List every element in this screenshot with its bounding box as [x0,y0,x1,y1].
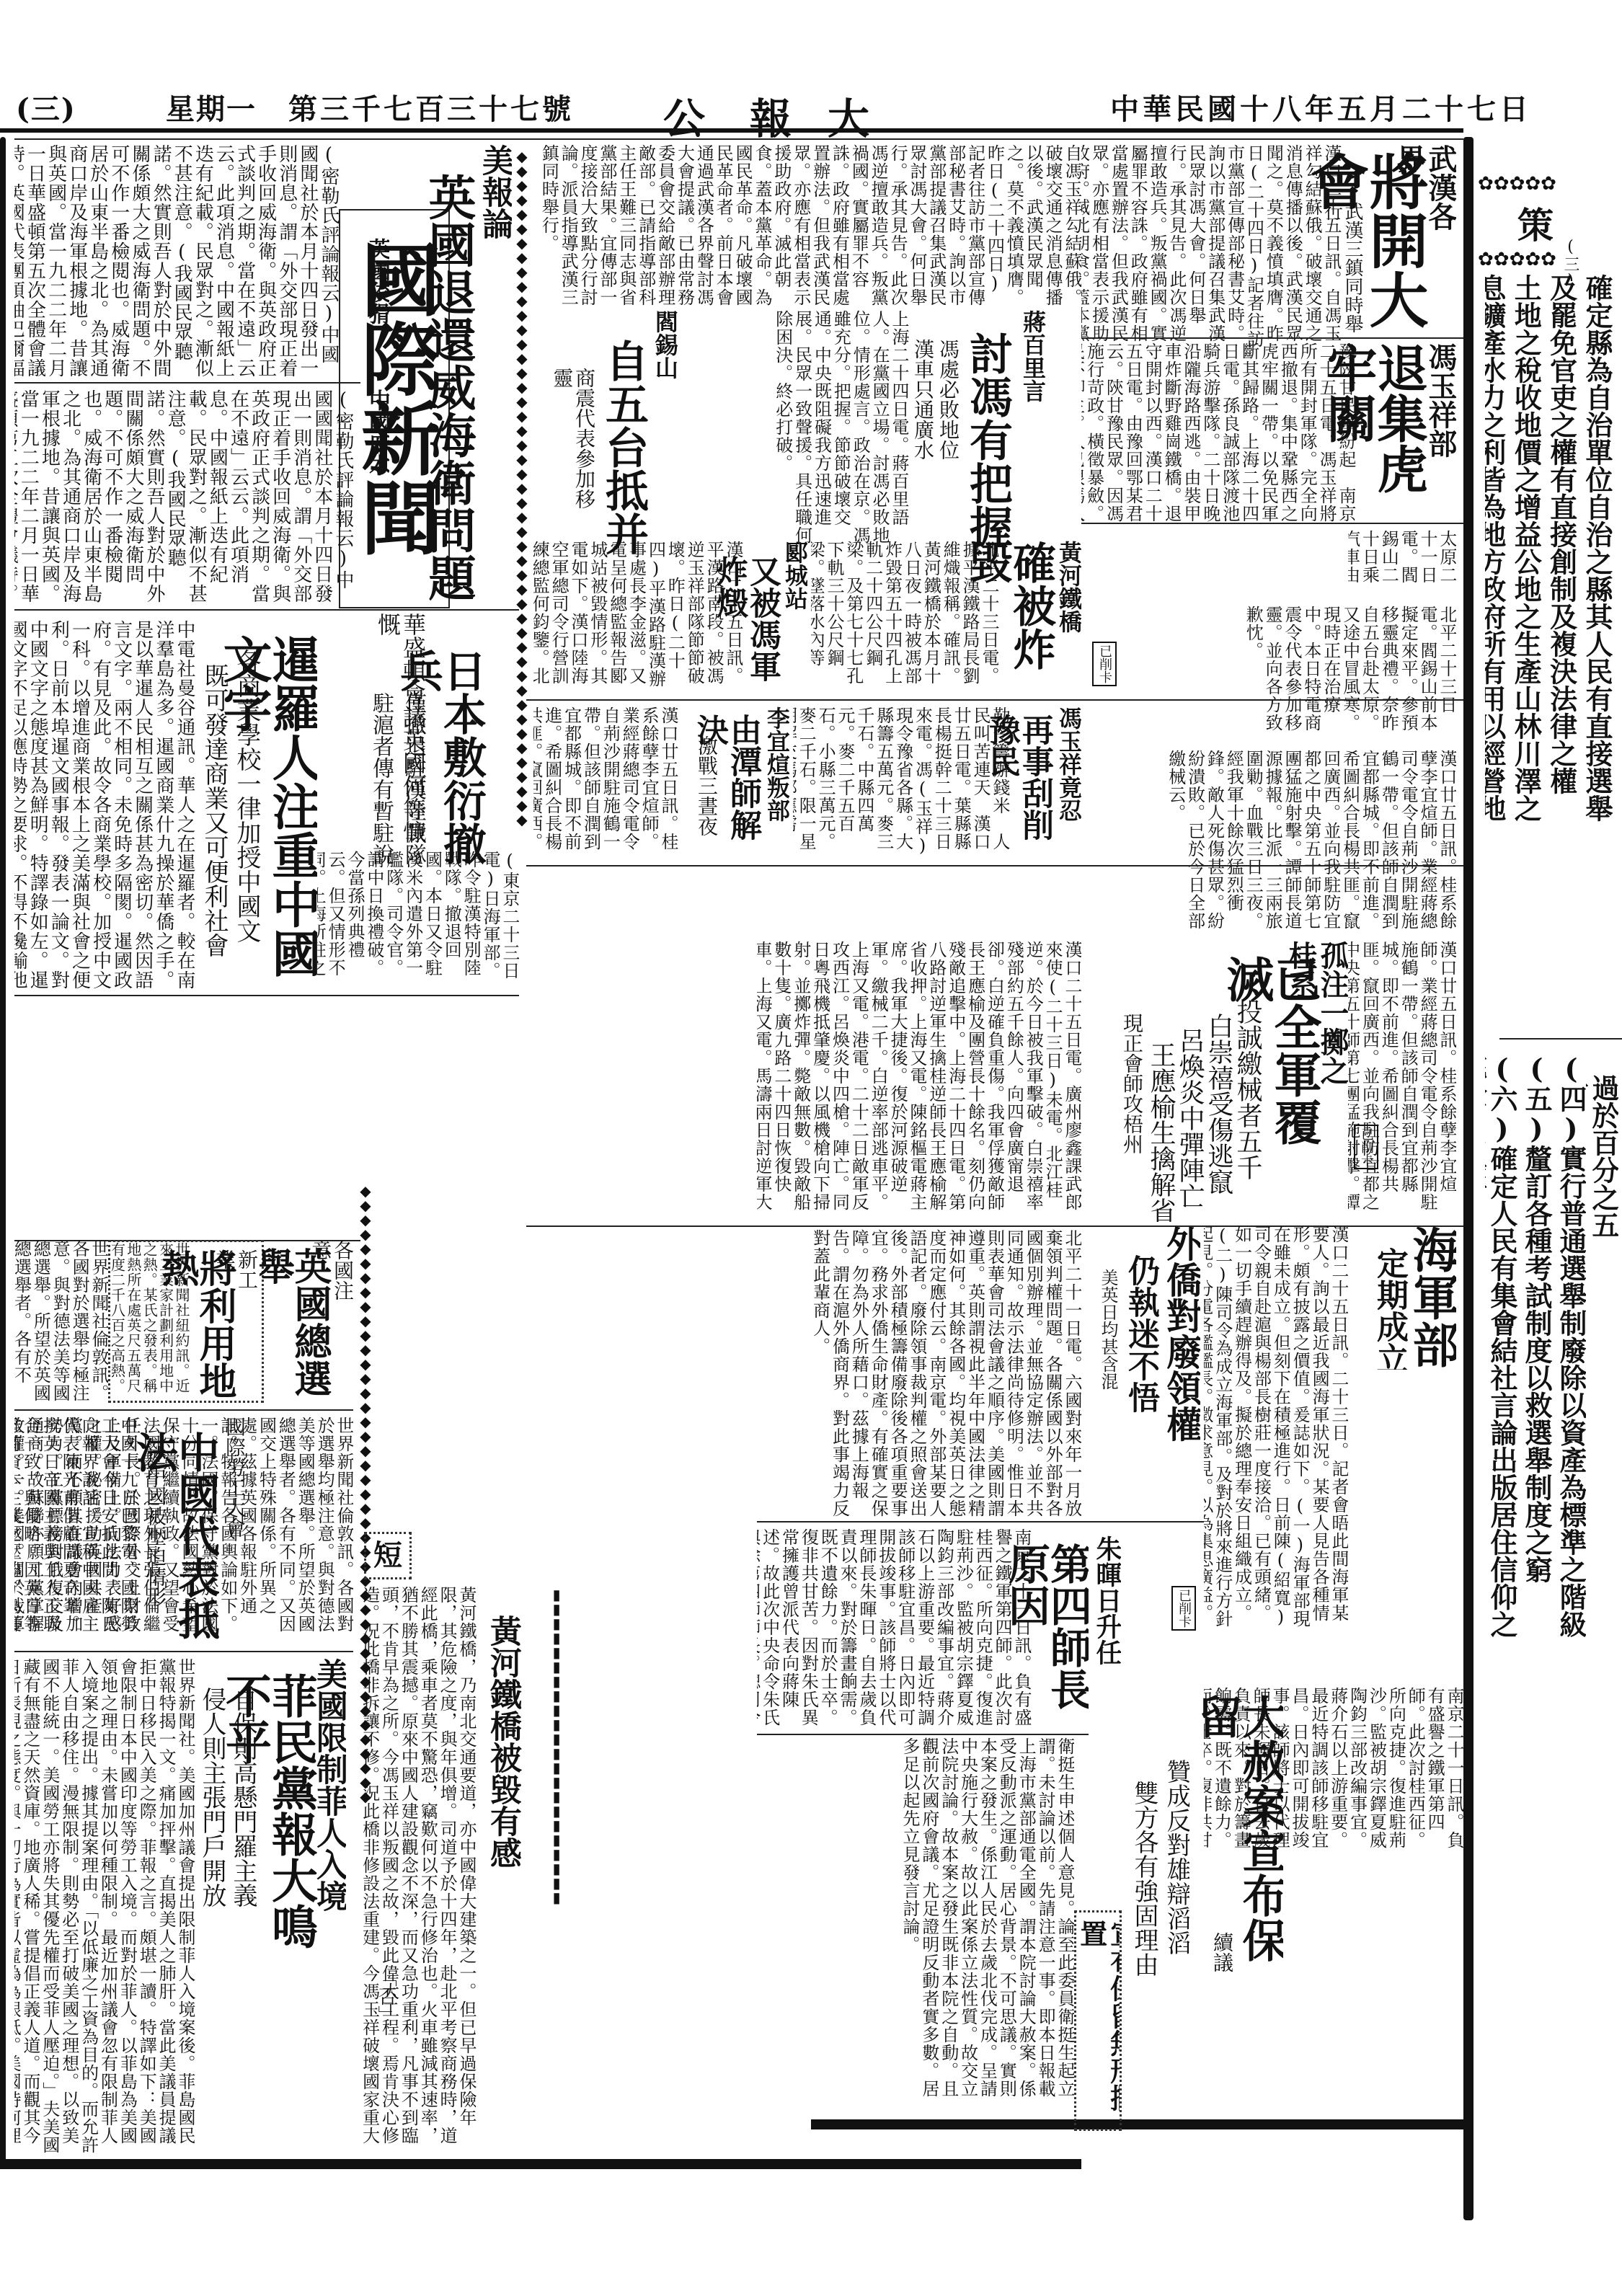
article-deck: 贊成反對雄辯滔滔 [1163,1759,1189,1975]
policy-divider [1499,1038,1622,1040]
article-wuhan: 武漢各界 將開大會 武漢三鎮同時舉行 漢口二十五日訊。自馮玉祥勾結蘇俄。破壞交通… [1081,144,1456,350]
divider [526,865,1463,866]
divider [14,1409,353,1411]
article-philippines: 美國限制菲人入境 菲民黨報大鳴不平 自保則高懸門羅主義 侵人則主張門戶開放 世界… [14,1658,346,2155]
article-deck: 既可發達商業又可便利社會 [200,663,227,966]
article-deck: 馮處必敗地位 [936,339,959,483]
article-deck: 白崇禧受傷逃竄 [1204,1013,1233,1215]
article-continued-mark: 續議 [1210,1932,1233,1990]
article-short-comment: 黃河鐵橋被毀有感 黃河鐵橋，乃南北交通要道，亦中國偉大建築之一。但已早過保險年限… [360,1586,541,2148]
short-comment-label: 短評 [366,1534,409,1579]
page-bottom-rule-right [811,2119,1467,2129]
masthead-title-char-da: 大 [828,85,869,146]
issue-number: 第三千七百三十七號 [288,87,574,128]
article-subheadline: 定期成立 [1373,1247,1406,1370]
policy-text: 確定縣為自治單位自治之縣其人民有直接選舉及罷免官吏之權有直接創制及複決法律之權 … [1485,274,1615,836]
article-body: 勒令籌辦錢米 人民叫苦連天 漢口廿五日電。葉縣縣長楊挺幹二十三日來電。馮(玉祥)… [793,706,1009,861]
article-shanxi-continued: 北平二十三日電。閻錫山前本擬定來平。參預移靈典禮。奈昨自五台赴太原。又途中冒風寒… [1081,606,1456,746]
article-deck-side: 現正會師攻梧州 [1120,1013,1143,1171]
short-comment-label-box: 短評 [364,1532,412,1579]
article-body: 北平二十三日電。據平漢鐵路局長劉維熾報稱。確訊。黃河鐵橋於本月十八日夜一時被馮部… [811,541,998,696]
article-li-yixuan-tail: 漢口廿五日訊。桂系餘孽李宜煊師。業經蔣總司令電令自荊沙開駐施鶴一帶。但該師自潤到… [1348,941,1456,1222]
divider [757,1734,1089,1735]
article-deck: 僅撤退駐漢陸戰隊 [402,692,425,865]
divider [1081,337,1463,339]
policy-items: (四)實行普通選舉制廢除以資產為標準之階級 (五)釐訂各種考試制度以救選舉制度之… [1485,1052,1586,1644]
masthead-title-char-bao: 報 [750,85,792,146]
article-kicker: 黃河鐵橋 [1056,541,1081,634]
divider [14,995,519,996]
article-uk-body-continued: 世界新聞社倫敦訊。各國對於選舉均極注意。與對德法美等國總選舉。所望於英國總選舉者… [252,1417,353,1647]
policy-item-6: (六)確定人民有集會結社言論出版居住信仰之完全自由權 [1485,1052,1517,1644]
article-kicker: 郾城站 [782,541,807,634]
short-comment-signature: 「否」 [375,1968,396,2024]
policy-item-4: (四)實行普通選舉制廢除以資產為標準之階級 [1554,1052,1586,1644]
divider [526,699,1463,701]
article-labor: 國際勞工大會 中國代表抵法 述中國被壓迫情形 中國十九日巴黎電。國際勞工大會今日… [14,1417,353,1647]
article-deck: 自保則高懸門羅主義 [229,1687,256,1918]
article-deck-england-cunning: 英國狡猾 [360,238,389,382]
divider [757,1521,1204,1522]
article-body: 世界新聞社。美國加州議會提出限制菲人入境案後。菲島國民黨報特揭一文。痛加抨擊。直… [14,1658,195,2155]
amnesty-decks: 贊成反對雄辯滔滔 雙方各有強固理由 [1125,1759,1189,2033]
article-deck: 漢車只通廣水 [911,339,934,483]
article-kicker: 馮玉祥竟忍 [1056,706,1081,843]
article-consular: 外僑對廢領權 仍執迷不悟 美英日均甚含混 [1081,1225,1200,1471]
article-feng-extort: 馮玉祥竟忍 再事刮削豫民 勒令籌辦錢米 人民叫苦連天 漢口廿五日電。葉縣縣長楊挺… [793,706,1081,861]
masthead-title-char-gong: 公 [663,85,705,146]
article-fourth-division: 第四師長原因 南京二十一日訊。負有盛譽之鐵軍第四師。此次討桂西征。所向克捷。復進… [757,1528,1089,1730]
article-amnesty-body: 衛挺生申述個人意見。論至此委員衛挺生起立謂。未討論以前。先請注意一事。即本日報載… [822,1737,1074,2112]
article-body: 上海二十四日電。蔣百里語人。在黨國立場。討馮必敗地位。情形處言。政治在京。馮雖充… [750,310,908,555]
article-body: 豫陝甘民軍紛起 南京二十五日電。馮玉祥將所有開封軍隊。完全向西撤退。集中鞏縣西之… [1081,342,1355,523]
article-jiang-statement: 蔣百里言 討馮有把握 馮處必敗地位 漢車只通廣水 上海二十四日電。蔣百里語人。在… [750,310,1081,555]
masthead: (三) 星期一 第三千七百三十七號 公 報 大 中華民國十八年五月二十七日 [0,0,1622,130]
article-uk-election-body: 世界新聞社倫敦訊。各國對於選舉均極注意。與對德法美等國總選舉。所望於英國總選舉者… [14,1240,108,1406]
article-japan-body: (東京二十三日電)日海軍部。昨令駐漢特別陸戰隊。撤退回國。本日又令駐漢米內遣外第… [317,851,519,988]
date: 中華民國十八年五月二十七日 [1110,87,1532,128]
column-label: 美報論 [477,144,512,288]
article-consular-body: 北平二十一日電。六國對來年一月放棄領判權問題。各關係國以外部對各國個別辦理。並無… [757,1229,1081,1517]
article-guangxi-body: 漢口二十五日電。廣州廖鑫課武郎來使(二十三日)未電。北江桂逆。於今日被我軍擊破。… [757,941,1081,1222]
article-body: 漢口二十五日訊。平漢路南段。被馮逆玉祥部隊節節破壞。昨日(二十四)平漢路駐漢辦事… [533,541,743,696]
censor-stamp: 已削卡 [1171,1586,1196,1631]
page-number: (三) [16,87,76,128]
article-intl-body-continued: (密勒氏評論報云)中國國聞社於本月十四日發出一則消息。謂「外交部現正着手收回威海… [14,389,353,606]
fourth-division-sub: 朱暉日升任 [1089,1535,1121,1694]
article-subheadline: 仍執迷不悟 [1124,1254,1157,1471]
policy-line: 土地之稅收地價之增益公地之生產山林川澤之息鑛產水力之利皆為地方政府所有用以經營地… [1485,274,1542,822]
article-deck: 美英日均甚含混 [1099,1269,1117,1449]
article-japan-withdraw: 日本敷衍撤兵 僅撤退駐漢陸戰隊 駐滬者傳有暫駐說 [317,620,519,872]
page-bottom-rule-left [0,2159,1081,2169]
article-body: 南京二十一日訊。負有盛譽之鐵軍第四師。此次討桂西征。所向克捷。復進駐荊沙。監被胡… [757,1528,1031,1730]
article-siam: 暹羅人注重中國文字 各商業學校一律加授中國文 既可發達商業又可便利社會 中電社曼… [14,620,317,995]
masthead-rule-thin [14,138,1463,140]
article-yellow-river-bridge: 黃河鐵橋 確被炸毀 北平二十三日電。據平漢鐵路局長劉維熾報稱。確訊。黃河鐵橋於本… [811,541,1081,696]
divider [14,1651,353,1652]
article-deck: 雙方各有強固理由 [1130,1781,1157,1997]
article-kicker: 馮玉祥部 [1424,342,1456,458]
article-li-yixuan: 李宜煊叛部 由潭師解決 激戰三晝夜 漢口廿五日訊。桂系餘孽李宜煊師。業經蔣總司令… [533,706,789,861]
article-deck: 激戰三晝夜 [695,735,717,851]
article-intl-body: (密勒氏評論報云)中國國聞社於本月十四日發出一則消息。謂「外交部現正着手收回威海… [14,144,339,378]
article-body: 中電社曼谷通訊。華人之在暹羅者。較在南洋羣島為多。暹國商業什九操於華僑之手。是以… [14,620,195,995]
article-wuhan-continued: 自馮玉祥勾結蘇俄。破壞交通之消息傳播以後。武漢民眾聞之。莫不義憤填膺。昨日(二十… [533,144,1081,306]
article-body: 漢口廿五日訊。桂系餘孽李宜煊師。業經蔣總司令電令自荊沙開駐施鶴一帶。但該師自潤到… [533,706,678,861]
article-deck-china-numb: 中國麻木 [360,389,389,505]
article-amnesty: 大赦案宣布保留 續議 [1189,1694,1283,1997]
divider [1081,523,1463,524]
divider [14,609,519,611]
article-geothermal: 新工業 將利用地熱 世界新聞社紐約訊。近來工業家計劃利用地中之熱。某氏之發表。稱… [108,1240,264,1403]
article-headline: 黃河鐵橋被毀有感 [486,1615,519,1918]
gear-ornament-icon: ✿✿✿✿✿ [1478,173,1556,195]
article-headline: 海軍部 [1409,1225,1456,1370]
article-taiyuan: 太原二十一日電。閻錫山二十日乘汽車由籍來晚。秘書長賈景德等偕行。 [1348,530,1456,598]
masthead-rule [0,128,1463,133]
article-body: 漢口二十五日訊。自馮玉祥勾結蘇俄。破壞交通之消息傳播以後。武漢民眾聞之。莫不義憤… [1081,144,1341,350]
article-deck: 王應榆生擒解省 [1146,1042,1175,1222]
article-deck: 駐滬者傳有暫駐說 [369,692,393,865]
article-deck: 投誠繳械者五千 [1233,998,1262,1200]
dash-ornament-column: ▮▮▮▮▮▮▮▮▮▮▮▮▮▮▮▮▮▮▮▮▮▮ [548,1586,564,2004]
policy-carry-over: 過於百分之五十 [1586,1074,1618,1240]
article-headline: 自五台抵并 [602,339,645,555]
article-deck: 侵人則主張門戶開放 [198,1687,225,1918]
article-uk-election: 各國注意 英國總選舉 [260,1240,353,1406]
amnesty-box: 宣布保留無形擱置 [1074,1910,1122,2131]
article-kicker: 蔣百里言 [1020,310,1045,411]
censor-stamp: 已削卡 [1354,1125,1378,1169]
policy-header: 策 [1517,205,1554,245]
policy-item-5: (五)釐訂各種考試制度以救選舉制度之窮 [1519,1052,1551,1644]
divider [14,382,360,384]
article-kicker: 李宜煊叛部 [764,706,789,836]
article-headline: 大赦案宣布保留 [1194,1694,1283,1997]
page-border-left [0,137,6,2163]
article-feng-retreat: 馮玉祥部 退集虎牢關 豫陝甘民軍紛起 南京二十五日電。馮玉祥將所有開封軍隊。完全… [1081,342,1456,523]
article-headline: 討馮有把握 [966,332,1009,548]
article-deck: 各商業學校一律加授中國文 [233,649,260,952]
article-yan-xishan: 閻錫山 自五台抵并 商震代表參加移靈 [533,310,678,555]
article-li-yixuan-continued: 漢口廿五日訊。桂系餘孽李宜煊師。業經蔣總司令電令自荊沙開駐施鶴一帶。但該師自潤到… [1081,750,1456,930]
policy-line: 確定縣為自治單位自治之縣其人民有直接選舉及罷免官吏之權有直接創制及複決法律之權 [1546,274,1613,822]
article-deck: 呂煥炎中彈陣亡 [1175,1027,1204,1222]
censor-stamp: 已削卡 [1092,642,1117,686]
article-navy-body: 漢口二十五日訊。二十三日。記者會晤此間海軍某要人。詢以最近我國海軍狀況。某要人見… [1204,1225,1348,1629]
article-body: 世界新聞社紐約訊。近來工業家計劃利用地中之熱。某氏之發表。稱地熱所在處英尺五萬尺… [110,1242,190,1393]
weekday: 星期一 [166,87,257,128]
article-body: 黃河鐵橋，乃南北交通要道，亦中國偉大建築之一。但已早過保險年限，其危險之度，與年… [360,1586,476,2148]
policy-header-ornament: ✿✿✿✿✿ 策 ✿✿✿✿✿ [1478,173,1564,274]
policy-column-divider [1463,137,1473,2220]
article-kicker: 閻錫山 [652,310,678,411]
article-headline: 英國總選舉 [260,1247,328,1406]
article-headline: 外僑對廢領權 [1163,1225,1201,1471]
article-guangxi: 孤注一擲之桂系 已全軍覆滅 投誠繳械者五千 白崇禧受傷逃竄 呂煥炎中彈陣亡 王應… [1081,941,1348,1222]
gear-ornament-icon: ✿✿✿✿✿ [1478,249,1556,270]
article-deck: 商震代表參加移靈 [550,368,595,512]
article-navy: 海軍部 定期成立 [1348,1225,1456,1370]
amnesty-box-title: 宣布保留無形擱置 [1076,1920,1122,2122]
article-yancheng: 郾城站 又被馮軍炸燬 漢口二十五日訊。平漢路南段。被馮逆玉祥部隊節節破壞。昨日(… [533,541,807,696]
